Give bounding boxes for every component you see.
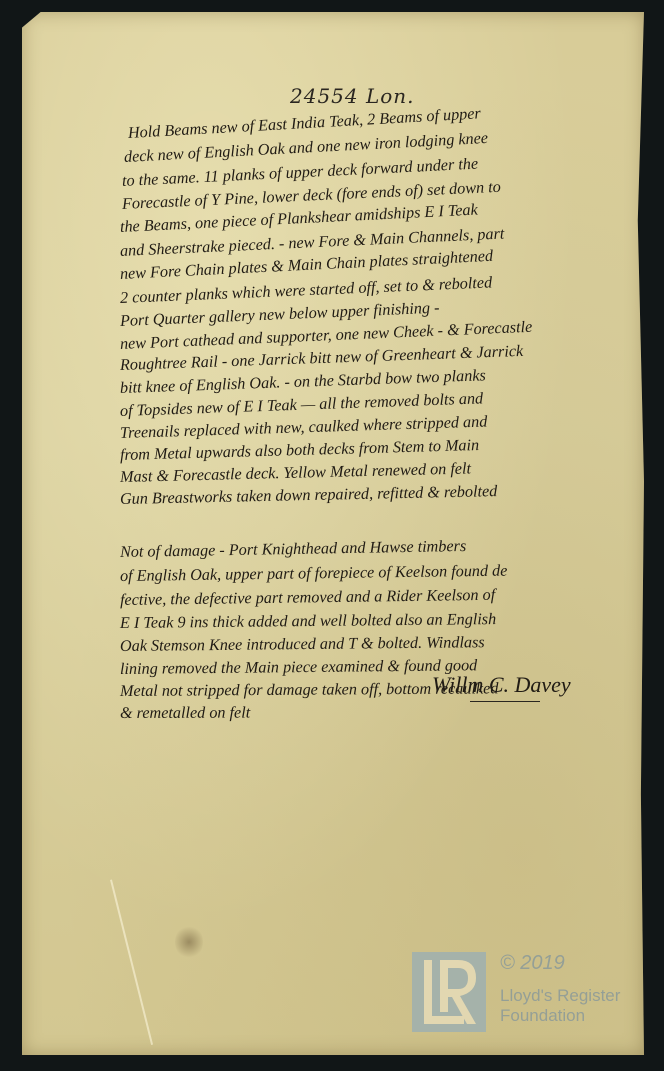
- text-line: lining removed the Main piece examined &…: [120, 656, 477, 679]
- paper-stain: [175, 925, 203, 959]
- watermark: © 2019 Lloyd's Register Foundation: [412, 952, 662, 1036]
- signature-underline: [470, 701, 540, 702]
- text-line: E I Teak 9 ins thick added and well bolt…: [120, 610, 496, 633]
- watermark-copyright: © 2019: [500, 952, 565, 975]
- reference-number: 24554 Lon.: [290, 84, 415, 108]
- surveyor-signature: Willm C. Davey: [432, 672, 571, 698]
- lr-logo-icon: [412, 952, 486, 1032]
- watermark-organization: Lloyd's Register Foundation: [500, 986, 620, 1026]
- text-line: & remetalled on felt: [120, 704, 250, 723]
- text-line: Oak Stemson Knee introduced and T & bolt…: [120, 633, 485, 656]
